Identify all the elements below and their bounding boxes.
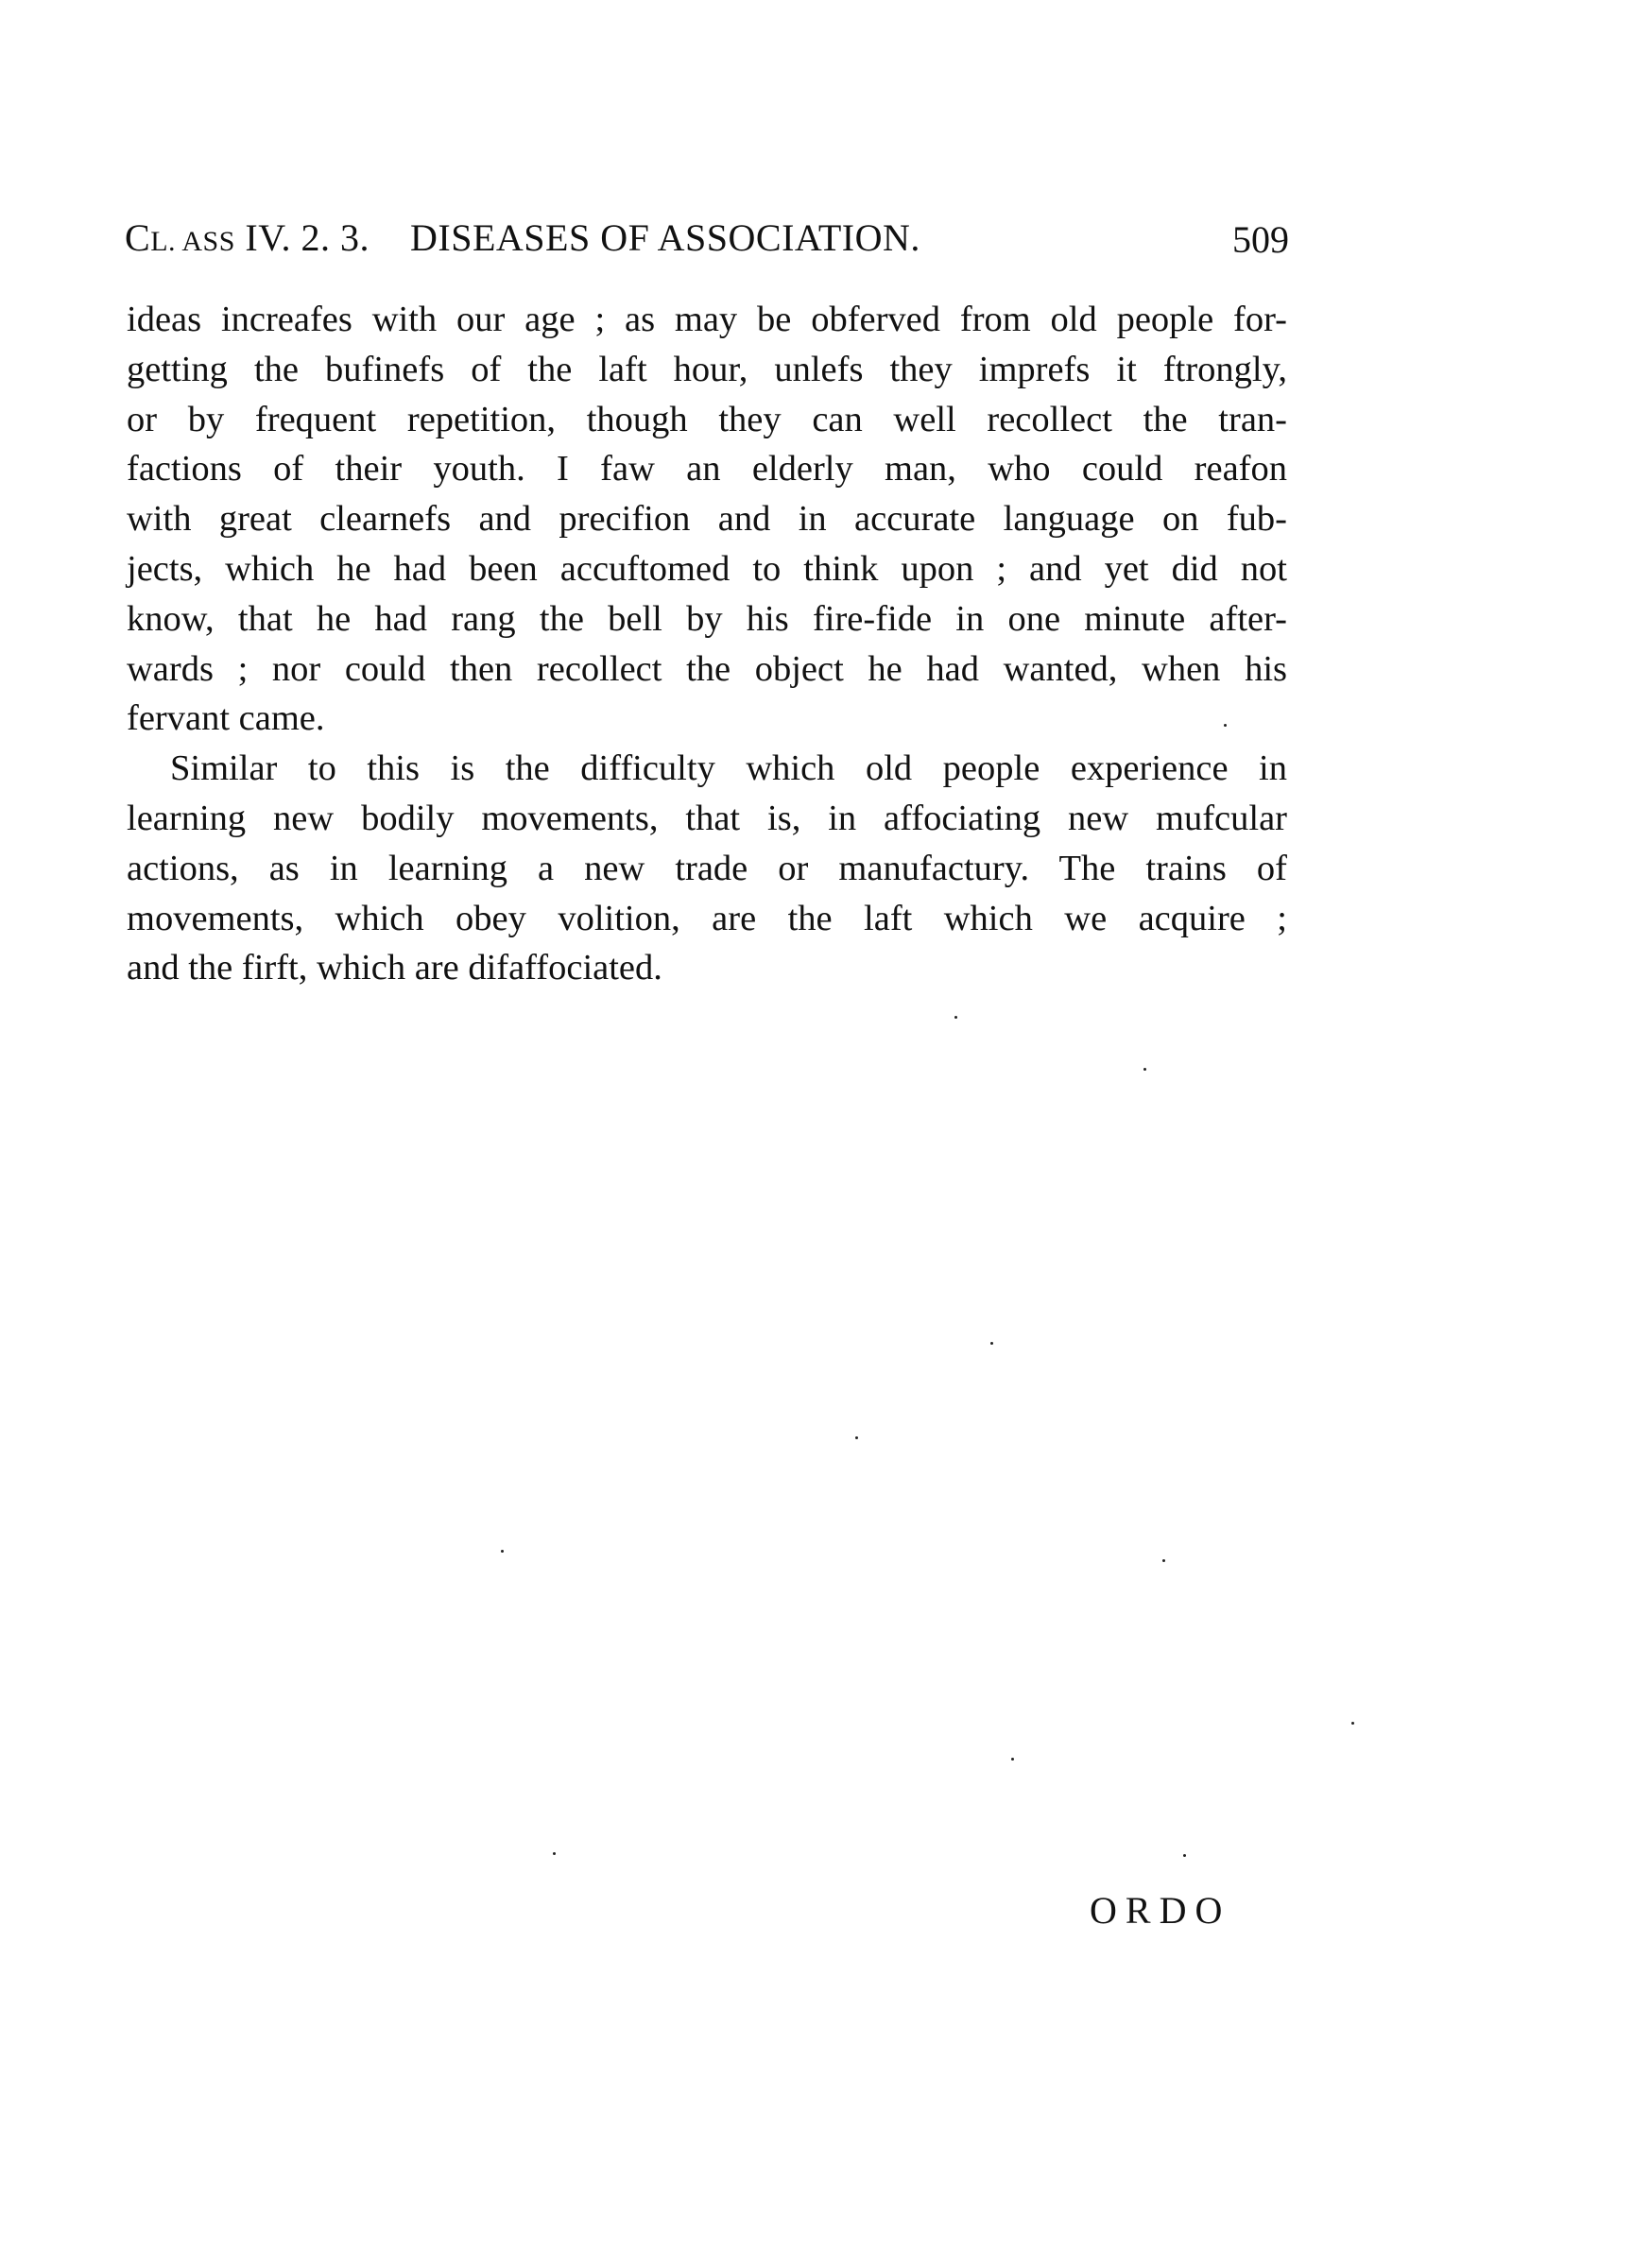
page-number: 509 <box>1232 212 1289 268</box>
paragraph-1: ideas increafes with our age ; as may be… <box>127 295 1287 744</box>
class-label-initial: C <box>125 216 150 259</box>
paragraph-2: Similar to this is the difficulty which … <box>127 744 1287 993</box>
scan-speck <box>1351 1722 1354 1725</box>
text-line: Similar to this is the difficulty which … <box>127 744 1287 794</box>
class-number: IV. 2. 3. <box>235 216 370 259</box>
text-line: or by frequent repetition, though they c… <box>127 395 1287 445</box>
body-text: ideas increafes with our age ; as may be… <box>127 295 1287 993</box>
text-line: know, that he had rang the bell by his f… <box>127 594 1287 644</box>
class-reference: CL. ASS IV. 2. 3. <box>125 210 370 270</box>
scan-speck <box>1162 1559 1165 1562</box>
catchword: ORDO <box>1090 1887 1230 1934</box>
text-line: jects, which he had been accuftomed to t… <box>127 544 1287 594</box>
running-head: CL. ASS IV. 2. 3. DISEASES OF ASSOCIATIO… <box>125 210 1289 266</box>
scan-speck <box>990 1342 993 1345</box>
scan-speck <box>1143 1068 1146 1071</box>
book-page: CL. ASS IV. 2. 3. DISEASES OF ASSOCIATIO… <box>0 0 1633 2268</box>
text-line: wards ; nor could then recollect the obj… <box>127 644 1287 695</box>
text-line: and the firft, which are difaffociated. <box>127 943 1287 993</box>
text-line: learning new bodily movements, that is, … <box>127 794 1287 844</box>
scan-speck <box>1183 1854 1186 1857</box>
class-label-smallcaps: L. ASS <box>150 226 235 257</box>
text-line: fervant came. <box>127 694 1287 744</box>
text-line: movements, which obey volition, are the … <box>127 894 1287 944</box>
scan-speck <box>1224 724 1227 727</box>
text-line: getting the bufinefs of the laft hour, u… <box>127 345 1287 395</box>
text-line: actions, as in learning a new trade or m… <box>127 844 1287 894</box>
text-line: with great clearnefs and precifion and i… <box>127 494 1287 544</box>
scan-speck <box>501 1550 504 1553</box>
scan-speck <box>954 1016 957 1019</box>
scan-speck <box>855 1436 858 1439</box>
running-title: DISEASES OF ASSOCIATION. <box>410 210 920 266</box>
scan-speck <box>553 1852 556 1855</box>
scan-speck <box>1011 1758 1014 1761</box>
text-line: ideas increafes with our age ; as may be… <box>127 295 1287 345</box>
text-line: factions of their youth. I faw an elderl… <box>127 444 1287 494</box>
